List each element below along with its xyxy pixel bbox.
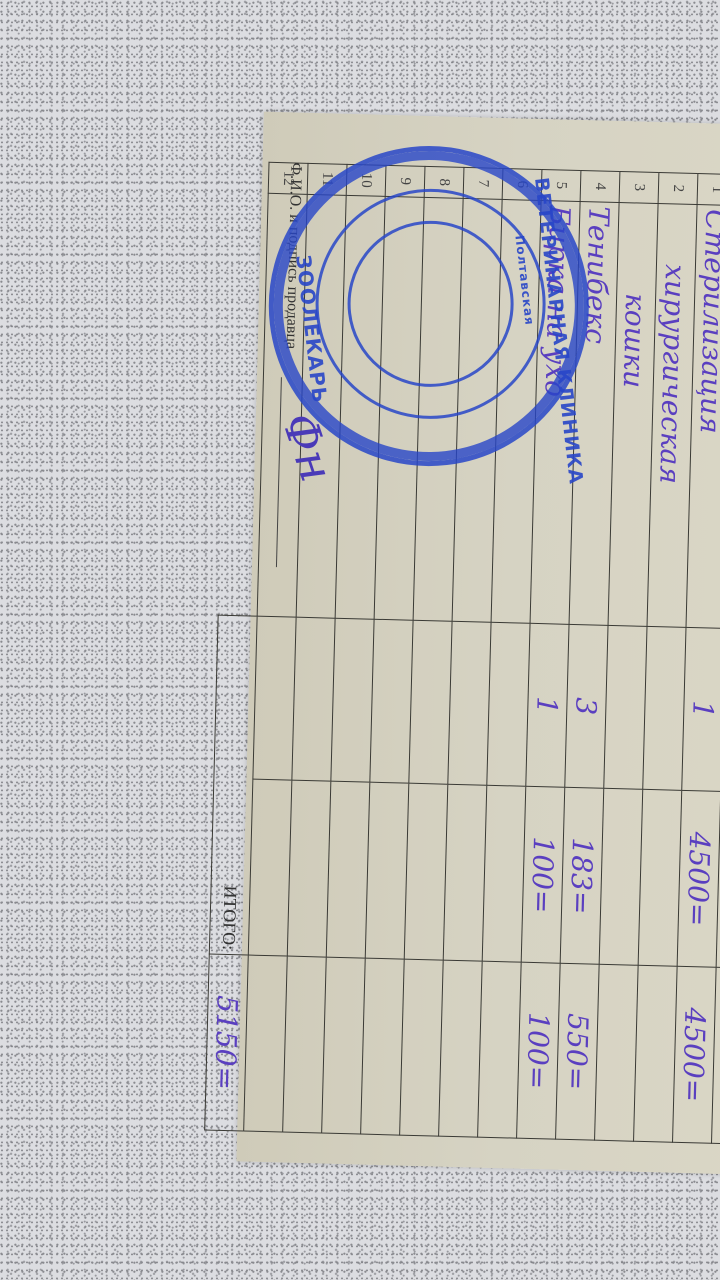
row-qty (331, 618, 374, 783)
row-qty (448, 621, 491, 786)
row-qty (643, 626, 686, 791)
row-price (248, 779, 292, 956)
row-sum (634, 965, 678, 1142)
row-price (365, 782, 409, 959)
row-price (404, 784, 448, 961)
row-number: 4 (580, 170, 620, 202)
row-sum (244, 955, 288, 1132)
row-qty (253, 616, 296, 781)
row-qty: 1 (682, 627, 720, 792)
row-sum (478, 961, 522, 1138)
row-sum (283, 956, 327, 1133)
row-sum (595, 964, 639, 1141)
row-qty: 1 (526, 623, 569, 788)
row-number: 3 (619, 172, 659, 204)
receipt-paper: Вет. клиника „ЗооЛекарь" наименование ор… (236, 112, 720, 1179)
row-price: 100= (521, 787, 565, 964)
row-qty (604, 625, 647, 790)
row-price (482, 786, 526, 963)
row-price (326, 781, 370, 958)
row-number: 2 (658, 173, 698, 205)
row-sum (361, 958, 405, 1135)
row-price (443, 785, 487, 962)
row-sum (439, 960, 483, 1137)
row-qty (409, 620, 452, 785)
row-sum: 550= (556, 963, 600, 1140)
row-price: 4500= (677, 791, 720, 968)
row-price (638, 790, 682, 967)
total-value: 5150= (205, 954, 249, 1131)
row-price (287, 780, 331, 957)
row-qty: 3 (565, 624, 608, 789)
row-sum (322, 957, 366, 1134)
row-sum: 4500= (673, 966, 717, 1143)
row-qty (487, 622, 530, 787)
row-price: 183= (560, 788, 604, 965)
row-price (599, 789, 643, 966)
row-sum (400, 959, 444, 1136)
row-qty (370, 619, 413, 784)
row-sum: 100= (517, 962, 561, 1139)
row-qty (292, 617, 335, 782)
row-number: 1 (697, 174, 720, 206)
